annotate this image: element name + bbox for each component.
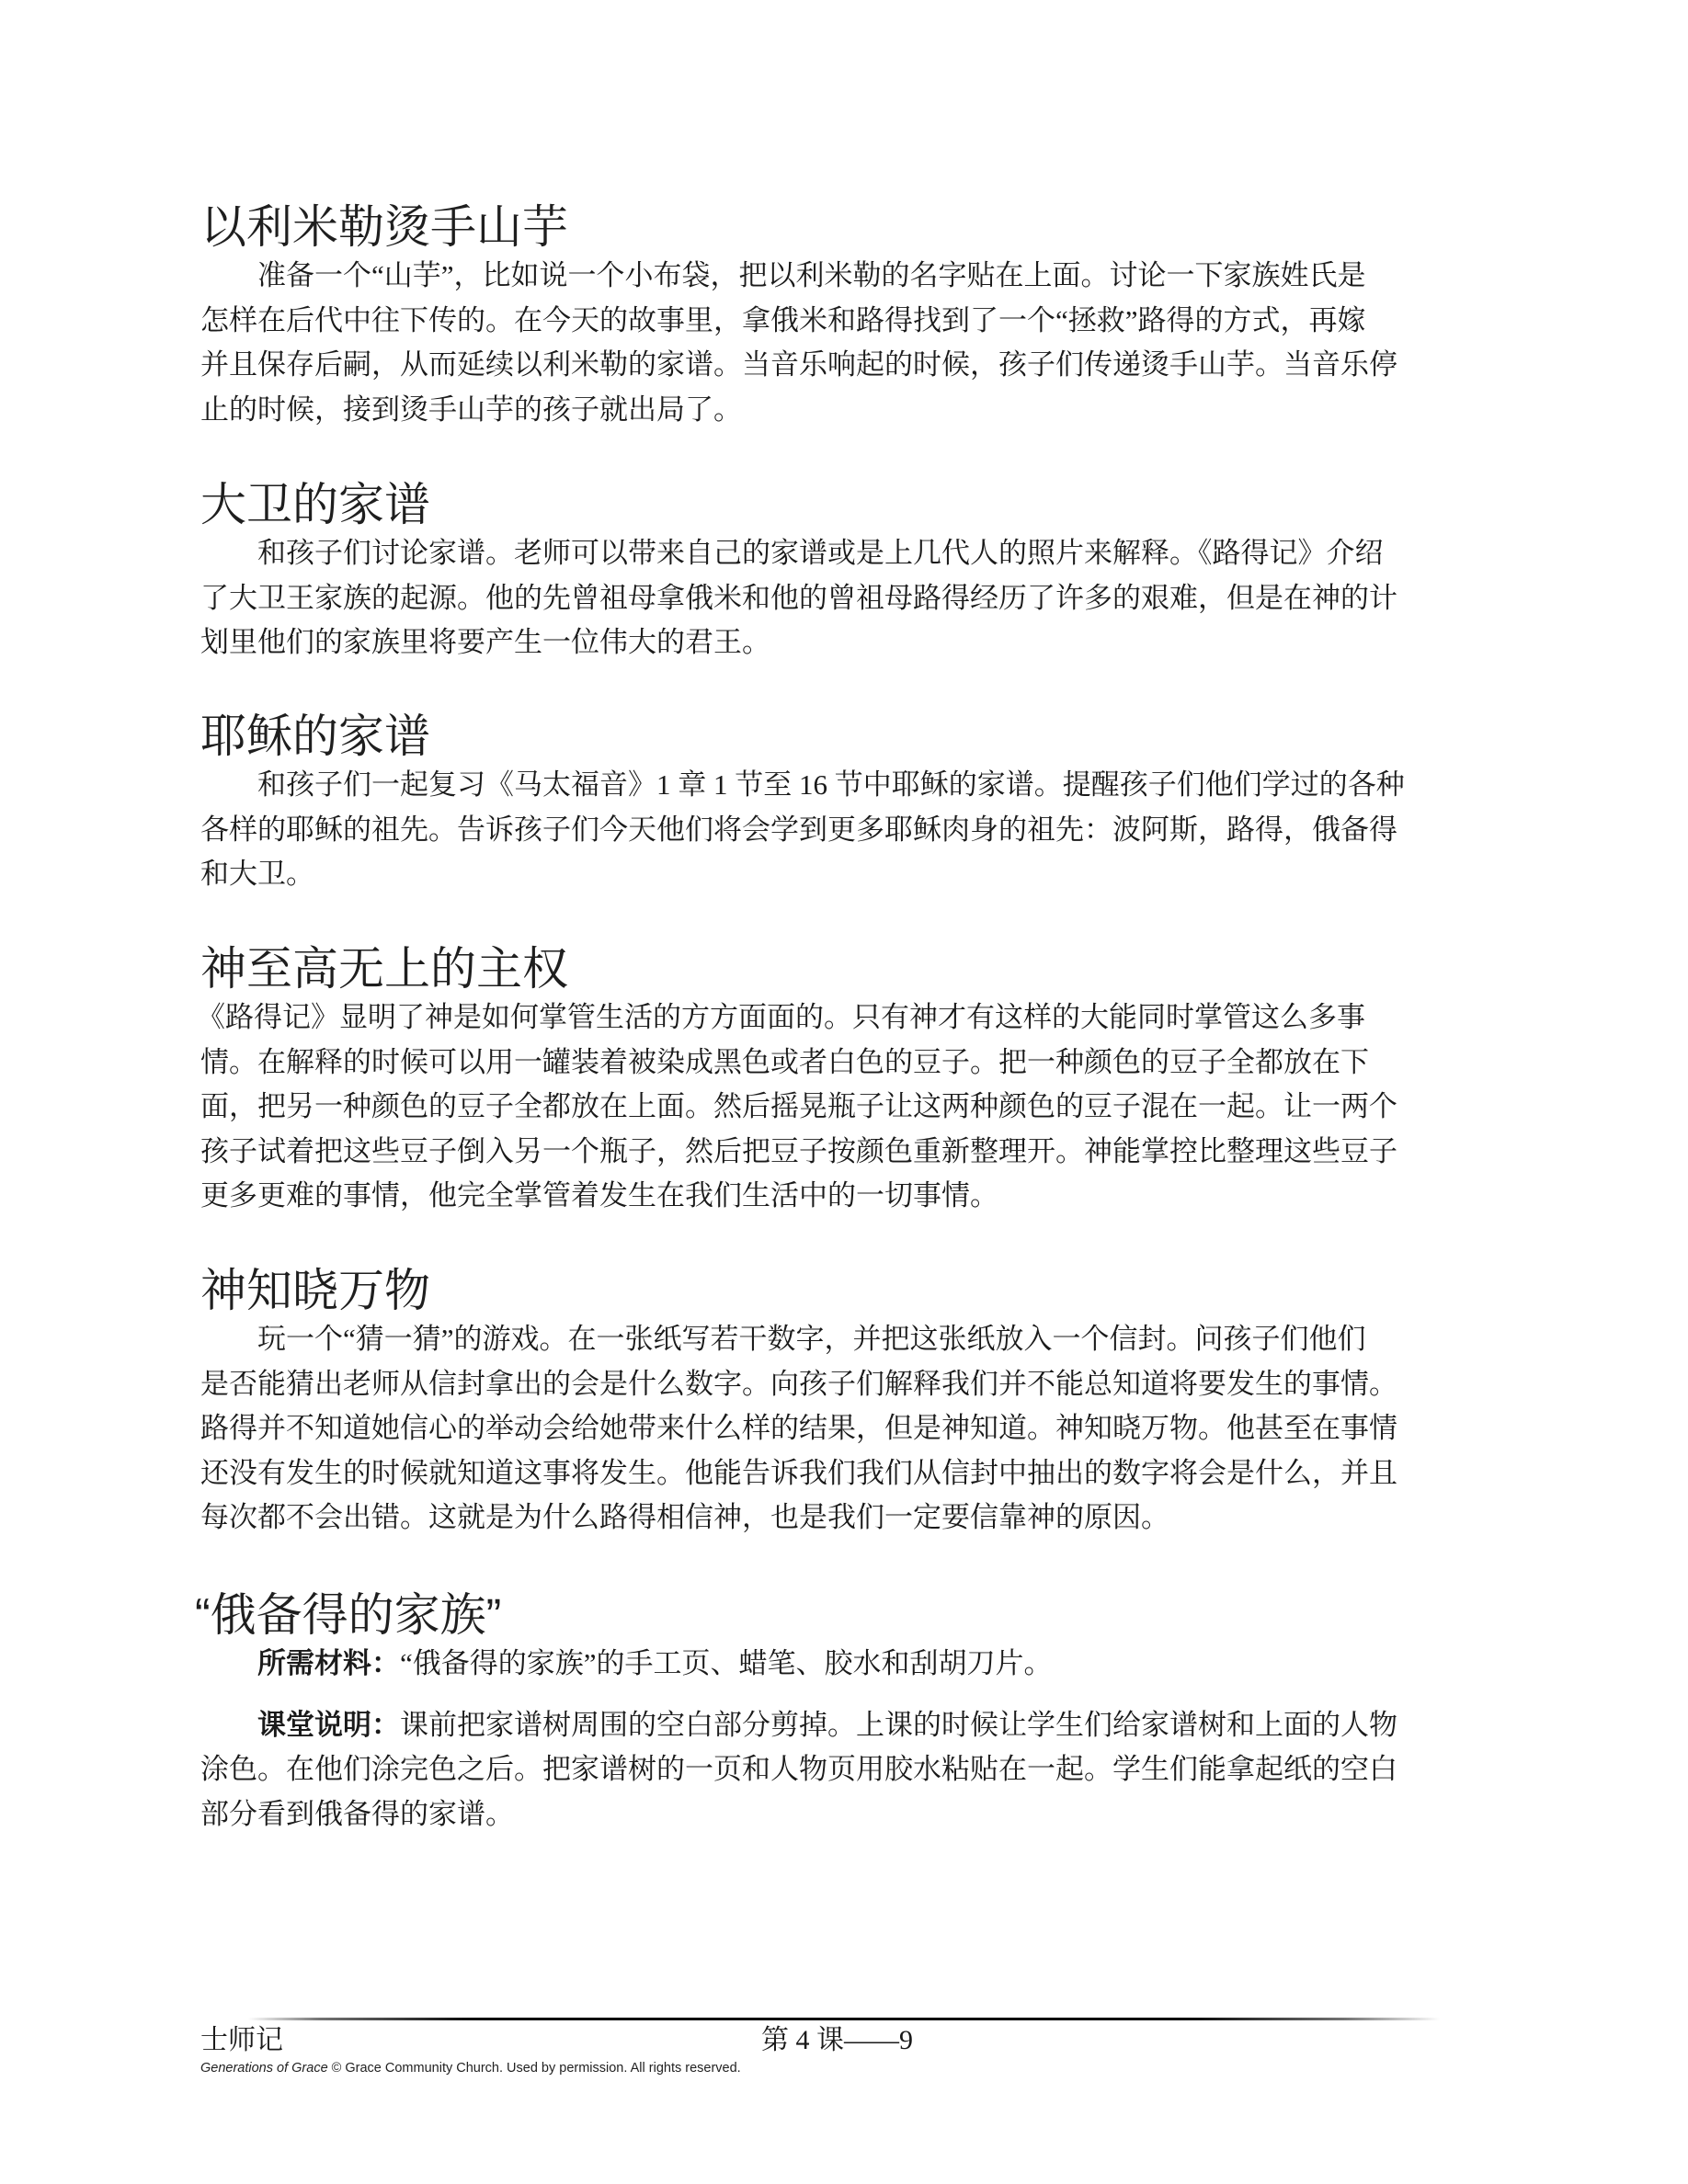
paragraph-line: 涂色。在他们涂完色之后。把家谱树的一页和人物页用胶水粘贴在一起。学生们能拿起纸的… <box>200 1747 1474 1792</box>
paragraph-line: 部分看到俄备得的家谱。 <box>200 1792 1474 1837</box>
section-heading: 耶稣的家谱 <box>200 710 1474 763</box>
footer-divider <box>248 2018 1440 2020</box>
paragraph-line: 和孩子们一起复习《马太福音》1 章 1 节至 16 节中耶稣的家谱。提醒孩子们他… <box>200 763 1474 808</box>
paragraph-line: 孩子试着把这些豆子倒入另一个瓶子，然后把豆子按颜色重新整理开。神能掌控比整理这些… <box>200 1130 1474 1175</box>
paragraph-line: 止的时候，接到烫手山芋的孩子就出局了。 <box>200 388 1474 433</box>
section-heading: 神至高无上的主权 <box>200 942 1474 995</box>
paragraph-line: 是否能猜出老师从信封拿出的会是什么数字。向孩子们解释我们并不能总知道将要发生的事… <box>200 1362 1474 1407</box>
paragraph-line: 并且保存后嗣，从而延续以利米勒的家谱。当音乐响起的时候，孩子们传递烫手山芋。当音… <box>200 343 1474 388</box>
instructions-label: 课堂说明： <box>257 1709 400 1741</box>
footer-lesson-page: 第 4 课——9 <box>761 2024 913 2057</box>
materials-text: “俄备得的家族”的手工页、蜡笔、胶水和刮胡刀片。 <box>400 1647 1053 1679</box>
paragraph-line: 和孩子们讨论家谱。老师可以带来自己的家谱或是上几代人的照片来解释。《路得记》介绍 <box>200 531 1474 576</box>
footer-book-title: 士师记 <box>200 2024 283 2057</box>
section-heading: 神知晓万物 <box>200 1264 1474 1317</box>
instructions-paragraph: 课堂说明：课前把家谱树周围的空白部分剪掉。上课的时候让学生们给家谱树和上面的人物… <box>200 1703 1474 1837</box>
paragraph-line: 玩一个“猜一猜”的游戏。在一张纸写若干数字，并把这张纸放入一个信封。问孩子们他们 <box>200 1317 1474 1362</box>
section-paragraph: 和孩子们一起复习《马太福音》1 章 1 节至 16 节中耶稣的家谱。提醒孩子们他… <box>200 763 1474 897</box>
footer-copyright: Generations of Grace © Grace Community C… <box>200 2060 741 2076</box>
paragraph-line: 怎样在后代中往下传的。在今天的故事里，拿俄米和路得找到了一个“拯救”路得的方式，… <box>200 299 1474 344</box>
materials-label: 所需材料： <box>257 1647 400 1679</box>
paragraph-line: 划里他们的家族里将要产生一位伟大的君王。 <box>200 620 1474 665</box>
section-paragraph: 《路得记》显明了神是如何掌管生活的方方面面的。只有神才有这样的大能同时掌管这么多… <box>200 995 1474 1219</box>
paragraph-line: 更多更难的事情，他完全掌管着发生在我们生活中的一切事情。 <box>200 1174 1474 1219</box>
paragraph-line: 了大卫王家族的起源。他的先曾祖母拿俄米和他的曾祖母路得经历了许多的艰难，但是在神… <box>200 576 1474 621</box>
paragraph-line: 《路得记》显明了神是如何掌管生活的方方面面的。只有神才有这样的大能同时掌管这么多… <box>197 995 1474 1041</box>
paragraph-line: 每次都不会出错。这就是为什么路得相信神，也是我们一定要信靠神的原因。 <box>200 1496 1474 1541</box>
instructions-text: 课前把家谱树周围的空白部分剪掉。上课的时候让学生们给家谱树和上面的人物 <box>400 1709 1397 1741</box>
materials-paragraph: 所需材料：“俄备得的家族”的手工页、蜡笔、胶水和刮胡刀片。 <box>200 1642 1474 1687</box>
copyright-text: © Grace Community Church. Used by permis… <box>328 2061 741 2076</box>
section-heading: 以利米勒烫手山芋 <box>200 200 1474 254</box>
section-paragraph: 和孩子们讨论家谱。老师可以带来自己的家谱或是上几代人的照片来解释。《路得记》介绍… <box>200 531 1474 665</box>
paragraph-line: 准备一个“山芋”，比如说一个小布袋，把以利米勒的名字贴在上面。讨论一下家族姓氏是 <box>200 254 1474 299</box>
section-heading: 大卫的家谱 <box>200 478 1474 531</box>
paragraph-line: 还没有发生的时候就知道这事将发生。他能告诉我们我们从信封中抽出的数字将会是什么，… <box>200 1451 1474 1496</box>
paragraph-line: 各样的耶稣的祖先。告诉孩子们今天他们将会学到更多耶稣肉身的祖先：波阿斯，路得，俄… <box>200 808 1474 853</box>
paragraph-line: 路得并不知道她信心的举动会给她带来什么样的结果，但是神知道。神知晓万物。他甚至在… <box>200 1406 1474 1451</box>
paragraph-line: 所需材料：“俄备得的家族”的手工页、蜡笔、胶水和刮胡刀片。 <box>200 1642 1474 1687</box>
paragraph-line: 面，把另一种颜色的豆子全都放在上面。然后摇晃瓶子让这两种颜色的豆子混在一起。让一… <box>200 1085 1474 1130</box>
section-david-genealogy: 大卫的家谱 和孩子们讨论家谱。老师可以带来自己的家谱或是上几代人的照片来解释。《… <box>200 478 1474 665</box>
section-elimelech-hot-potato: 以利米勒烫手山芋 准备一个“山芋”，比如说一个小布袋，把以利米勒的名字贴在上面。… <box>200 200 1474 432</box>
section-paragraph: 准备一个“山芋”，比如说一个小布袋，把以利米勒的名字贴在上面。讨论一下家族姓氏是… <box>200 254 1474 432</box>
paragraph-line: 情。在解释的时候可以用一罐装着被染成黑色或者白色的豆子。把一种颜色的豆子全都放在… <box>200 1041 1474 1086</box>
paragraph-gap <box>200 1687 1474 1703</box>
copyright-title: Generations of Grace <box>200 2061 328 2076</box>
section-jesus-genealogy: 耶稣的家谱 和孩子们一起复习《马太福音》1 章 1 节至 16 节中耶稣的家谱。… <box>200 710 1474 897</box>
section-god-knows-all: 神知晓万物 玩一个“猜一猜”的游戏。在一张纸写若干数字，并把这张纸放入一个信封。… <box>200 1264 1474 1541</box>
section-heading: “俄备得的家族” <box>195 1588 1474 1642</box>
section-paragraph: 玩一个“猜一猜”的游戏。在一张纸写若干数字，并把这张纸放入一个信封。问孩子们他们… <box>200 1317 1474 1541</box>
section-obed-family-craft: “俄备得的家族” 所需材料：“俄备得的家族”的手工页、蜡笔、胶水和刮胡刀片。 课… <box>200 1588 1474 1837</box>
paragraph-line: 课堂说明：课前把家谱树周围的空白部分剪掉。上课的时候让学生们给家谱树和上面的人物 <box>200 1703 1474 1748</box>
paragraph-line: 和大卫。 <box>200 852 1474 897</box>
section-gods-sovereignty: 神至高无上的主权 《路得记》显明了神是如何掌管生活的方方面面的。只有神才有这样的… <box>200 942 1474 1219</box>
